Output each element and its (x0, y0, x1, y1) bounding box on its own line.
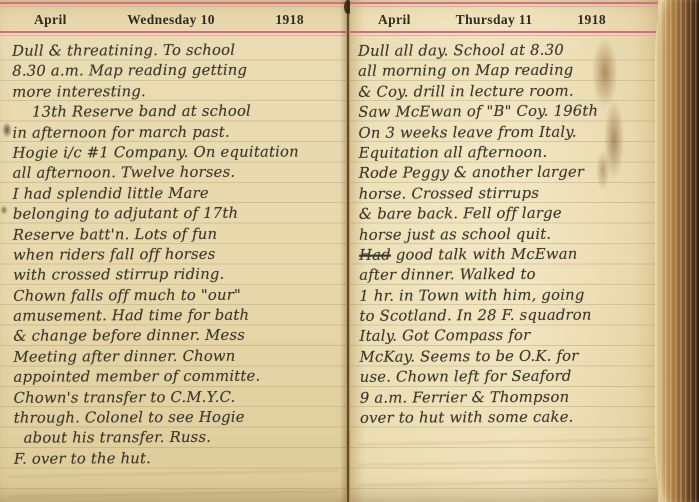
entry-line: 13th Reserve band at school (12, 101, 345, 123)
month-label: April (34, 12, 67, 28)
entry-line: horse just as school quit. (359, 224, 658, 246)
entry-line: Saw McEwan of "B" Coy. 196th (358, 101, 657, 123)
entry-line: 9 a.m. Ferrier & Thompson (360, 387, 659, 409)
date-label: Wednesday 10 (127, 12, 215, 28)
entry-line: with crossed stirrup riding. (13, 265, 346, 287)
header-rule (0, 6, 346, 7)
header-rule (350, 31, 658, 33)
header-rule (350, 2, 658, 4)
entry-line: I had splendid little Mare (13, 183, 346, 205)
entry-line: about his transfer. Russ. (14, 428, 347, 450)
diary-left-page: April Wednesday 10 1918 Dull & threatini… (0, 0, 346, 502)
month-label: April (378, 12, 411, 28)
diary-scan: April Wednesday 10 1918 Dull & threatini… (0, 0, 699, 502)
entry-line: amusement. Had time for bath (13, 305, 346, 327)
diary-entry-text: Dull & threatining. To school8.30 a.m. M… (0, 40, 347, 470)
entry-line: F. over to the hut. (14, 448, 347, 470)
entry-line: use. Chown left for Seaford (360, 366, 659, 388)
struck-word: Had (359, 246, 391, 263)
entry-line: McKay. Seems to be O.K. for (360, 346, 659, 368)
book-page-edges (655, 0, 699, 502)
entry-line: Chown's transfer to C.M.Y.C. (14, 387, 347, 409)
entry-line: & change before dinner. Mess (13, 326, 346, 348)
entry-line: to Scotland. In 28 F. squadron (359, 305, 658, 327)
page-header: April Thursday 11 1918 (350, 9, 658, 31)
page-header: April Wednesday 10 1918 (0, 9, 346, 31)
entry-line: On 3 weeks leave from Italy. (358, 122, 657, 144)
header-rule (0, 31, 346, 33)
date-label: Thursday 11 (456, 12, 533, 28)
entry-line: 1 hr. in Town with him, going (359, 285, 658, 307)
diary-entry-text: Dull all day. School at 8.30all morning … (349, 40, 659, 429)
show-through-smudge (358, 430, 650, 496)
entry-line: all afternoon. Twelve horses. (13, 163, 346, 185)
entry-line: after dinner. Walked to (359, 264, 658, 286)
entry-line: Equitation all afternoon. (359, 142, 658, 164)
header-rule (350, 35, 658, 36)
entry-line: Rode Peggy & another larger (359, 163, 658, 185)
entry-line: Chown falls off much to "our" (13, 285, 346, 307)
entry-line: belonging to adjutant of 17th (13, 203, 346, 225)
entry-line: Dull all day. School at 8.30 (358, 40, 657, 62)
entry-line: more interesting. (12, 81, 345, 103)
entry-line: all morning on Map reading (358, 61, 657, 83)
entry-line: when riders fall off horses (13, 244, 346, 266)
entry-line: appointed member of committe. (13, 366, 346, 388)
entry-line: in afternoon for march past. (12, 122, 345, 144)
header-rule (350, 6, 658, 7)
entry-line: horse. Crossed stirrups (359, 183, 658, 205)
entry-line: Reserve batt'n. Lots of fun (13, 224, 346, 246)
entry-line: Italy. Got Compass for (359, 326, 658, 348)
header-rule (0, 2, 346, 4)
entry-line: Dull & threatining. To school (12, 40, 345, 62)
year-label: 1918 (275, 12, 304, 28)
entry-line: & bare back. Fell off large (359, 203, 658, 225)
year-label: 1918 (577, 12, 606, 28)
header-rule (0, 35, 346, 36)
diary-right-page: April Thursday 11 1918 Dull all day. Sch… (350, 0, 658, 502)
entry-line: over to hut with some cake. (360, 407, 659, 429)
entry-line: Hogie i/c #1 Company. On equitation (13, 142, 346, 164)
entry-line: Meeting after dinner. Chown (13, 346, 346, 368)
entry-line: 8.30 a.m. Map reading getting (12, 61, 345, 83)
entry-line: through. Colonel to see Hogie (14, 407, 347, 429)
entry-line: & Coy. drill in lecture room. (358, 81, 657, 103)
entry-line: Had good talk with McEwan (359, 244, 658, 266)
